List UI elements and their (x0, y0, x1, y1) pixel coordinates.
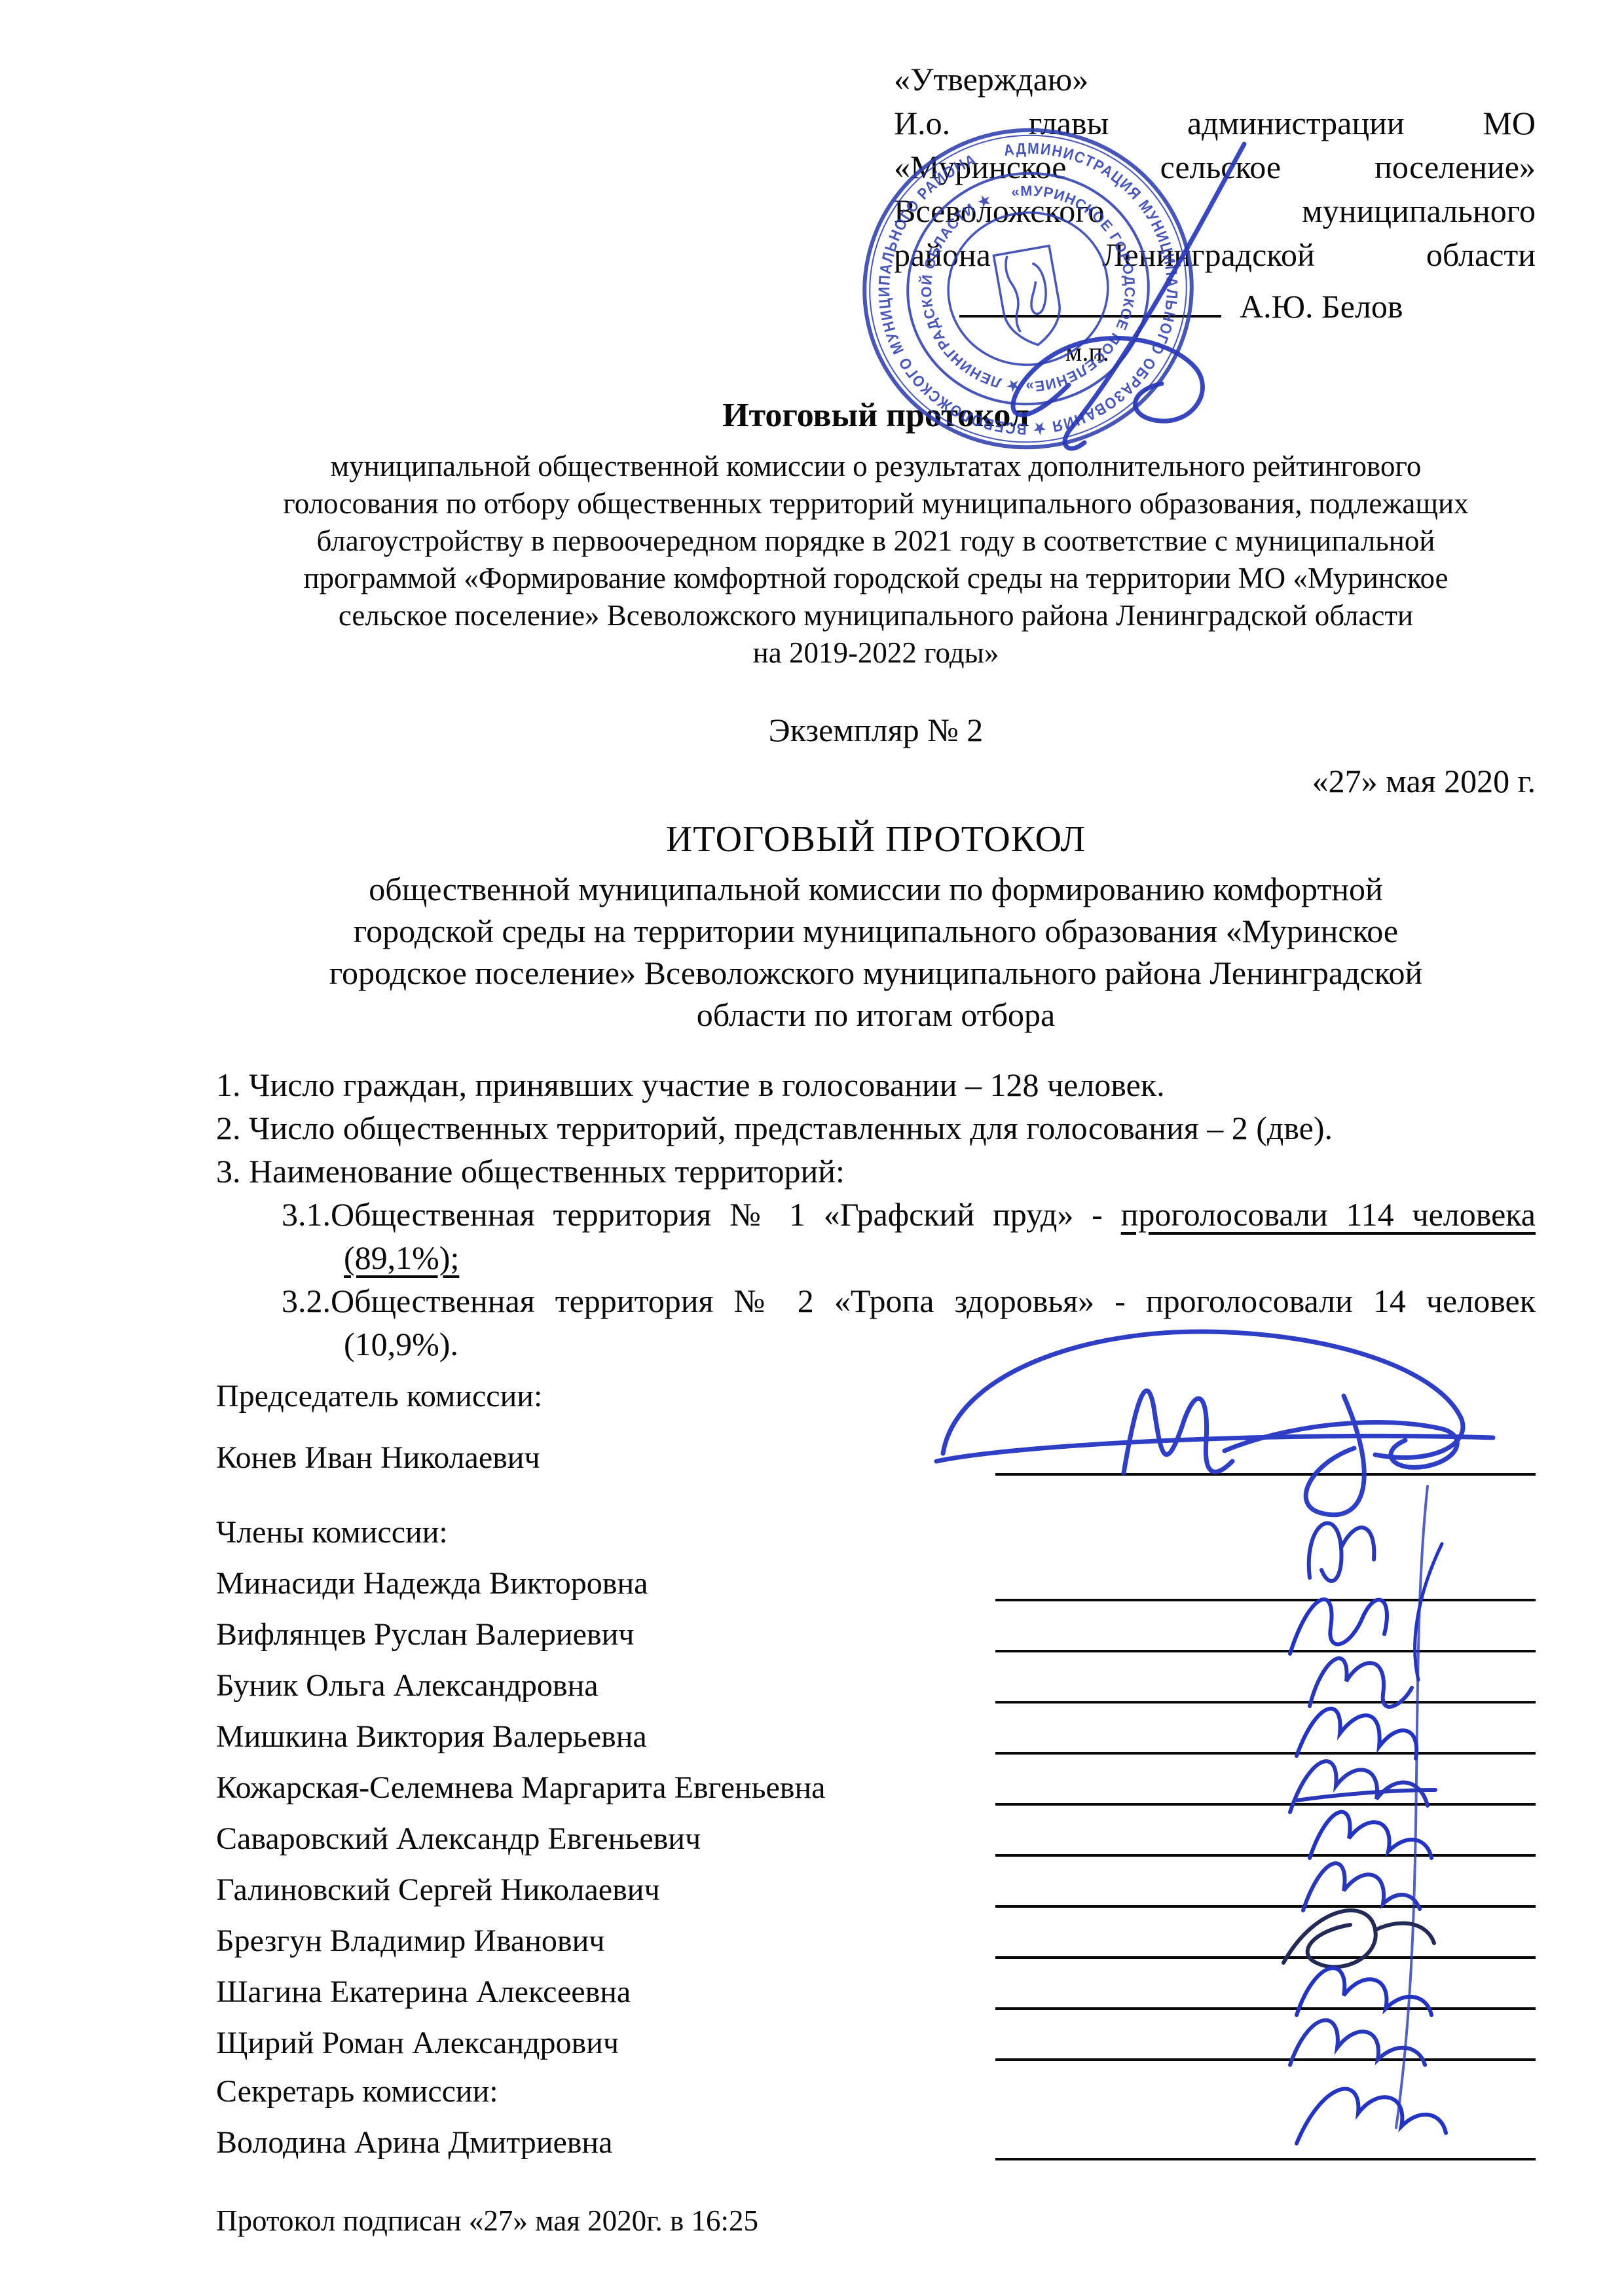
document-content: «Утверждаю» И.о. главы администрации МО … (216, 58, 1536, 2238)
main-subtitle-line: общественной муниципальной комиссии по ф… (216, 868, 1536, 910)
scanned-protocol-page: «Утверждаю» И.о. главы администрации МО … (0, 0, 1624, 2296)
approval-line: «Муринское сельское поселение» (894, 145, 1536, 189)
approval-line: Всеволожского муниципального (894, 189, 1536, 233)
signer-signature-line (959, 281, 1221, 318)
copy-number: Экземпляр № 2 (216, 711, 1536, 749)
approval-quote: «Утверждаю» (894, 58, 1536, 101)
sub-item-3-1-text: 3.1.Общественная территория № 1 «Графски… (282, 1196, 1121, 1233)
intro-line: на 2019-2022 годы» (216, 634, 1536, 672)
intro-title: Итоговый протокол (216, 396, 1536, 435)
intro-line: благоустройству в первоочередном порядке… (216, 522, 1536, 560)
member-name: Шагина Екатерина Алексеевна (216, 1974, 631, 2010)
sub-item-3-2: 3.2.Общественная территория № 2 «Тропа з… (282, 1279, 1536, 1366)
member-row: Брезгун Владимир Иванович (216, 1908, 1536, 1959)
approval-line: И.о. главы администрации МО (894, 101, 1536, 145)
member-row: Минасиди Надежда Викторовна (216, 1550, 1536, 1601)
member-name: Вифлянцев Руслан Валериевич (216, 1616, 634, 1652)
member-name: Щирий Роман Александрович (216, 2025, 619, 2061)
signing-time-note: Протокол подписан «27» мая 2020г. в 16:2… (216, 2204, 1536, 2238)
signature-line (995, 2058, 1536, 2061)
signer-name: А.Ю. Белов (1221, 288, 1403, 325)
member-name: Мишкина Виктория Валерьевна (216, 1719, 647, 1755)
signature-line (995, 1854, 1536, 1857)
chairman-name: Конев Иван Николаевич (216, 1440, 540, 1476)
main-subtitle-line: городской среды на территории муниципаль… (216, 910, 1536, 952)
intro-line: голосования по отбору общественных терри… (216, 485, 1536, 522)
signature-line (995, 1905, 1536, 1908)
list-item-1: 1. Число граждан, принявших участие в го… (216, 1063, 1536, 1106)
sub-item-3-1: 3.1.Общественная территория № 1 «Графски… (282, 1193, 1536, 1279)
approval-line: района Ленинградской области (894, 233, 1536, 277)
main-subtitle: общественной муниципальной комиссии по ф… (216, 868, 1536, 1036)
intro-line: муниципальной общественной комиссии о ре… (216, 448, 1536, 485)
signature-line (995, 2007, 1536, 2010)
intro-line: сельское поселение» Всеволожского муници… (216, 597, 1536, 634)
secretary-row: Володина Арина Дмитриевна (216, 2109, 1536, 2160)
intro-line: программой «Формирование комфортной горо… (216, 560, 1536, 597)
member-row: Саваровский Александр Евгеньевич (216, 1806, 1536, 1857)
signature-line (995, 1473, 1536, 1476)
member-row: Галиновский Сергей Николаевич (216, 1857, 1536, 1908)
member-name: Галиновский Сергей Николаевич (216, 1872, 660, 1908)
list-item-2: 2. Число общественных территорий, предст… (216, 1106, 1536, 1150)
main-subtitle-line: городское поселение» Всеволожского муниц… (216, 952, 1536, 994)
spacer (216, 1476, 1536, 1502)
member-row: Щирий Роман Александрович (216, 2010, 1536, 2061)
member-name: Минасиди Надежда Викторовна (216, 1565, 648, 1601)
member-row: Кожарская-Селемнева Маргарита Евгеньевна (216, 1755, 1536, 1806)
document-date: «27» мая 2020 г. (216, 762, 1536, 800)
member-name: Кожарская-Селемнева Маргарита Евгеньевна (216, 1770, 825, 1806)
approval-block: «Утверждаю» И.о. главы администрации МО … (894, 58, 1536, 374)
signature-line (995, 1752, 1536, 1755)
signature-line (995, 1701, 1536, 1704)
secretary-label: Секретарь комиссии: (216, 2061, 1536, 2109)
results-list: 1. Число граждан, принявших участие в го… (216, 1063, 1536, 1366)
main-subtitle-line: области по итогам отбора (216, 994, 1536, 1036)
list-item-3: 3. Наименование общественных территорий: (216, 1150, 1536, 1193)
member-name: Брезгун Владимир Иванович (216, 1923, 604, 1959)
seal-place-note: м.п. (894, 330, 1536, 374)
member-name: Саваровский Александр Евгеньевич (216, 1821, 701, 1857)
main-title: ИТОГОВЫЙ ПРОТОКОЛ (216, 818, 1536, 860)
members-label: Члены комиссии: (216, 1502, 1536, 1550)
signer-row: А.Ю. Белов (894, 281, 1536, 329)
chairman-label: Председатель комиссии: (216, 1366, 1536, 1414)
signature-line (995, 1599, 1536, 1601)
intro-paragraph: муниципальной общественной комиссии о ре… (216, 448, 1536, 672)
signature-line (995, 1650, 1536, 1652)
chairman-row: Конев Иван Николаевич (216, 1414, 1536, 1476)
secretary-name: Володина Арина Дмитриевна (216, 2124, 612, 2160)
member-row: Мишкина Виктория Валерьевна (216, 1704, 1536, 1755)
signature-line (995, 2158, 1536, 2160)
signature-line (995, 1803, 1536, 1806)
member-name: Буник Ольга Александровна (216, 1667, 599, 1704)
member-row: Буник Ольга Александровна (216, 1652, 1536, 1704)
member-row: Вифлянцев Руслан Валериевич (216, 1601, 1536, 1652)
signature-line (995, 1956, 1536, 1959)
member-row: Шагина Екатерина Алексеевна (216, 1959, 1536, 2010)
